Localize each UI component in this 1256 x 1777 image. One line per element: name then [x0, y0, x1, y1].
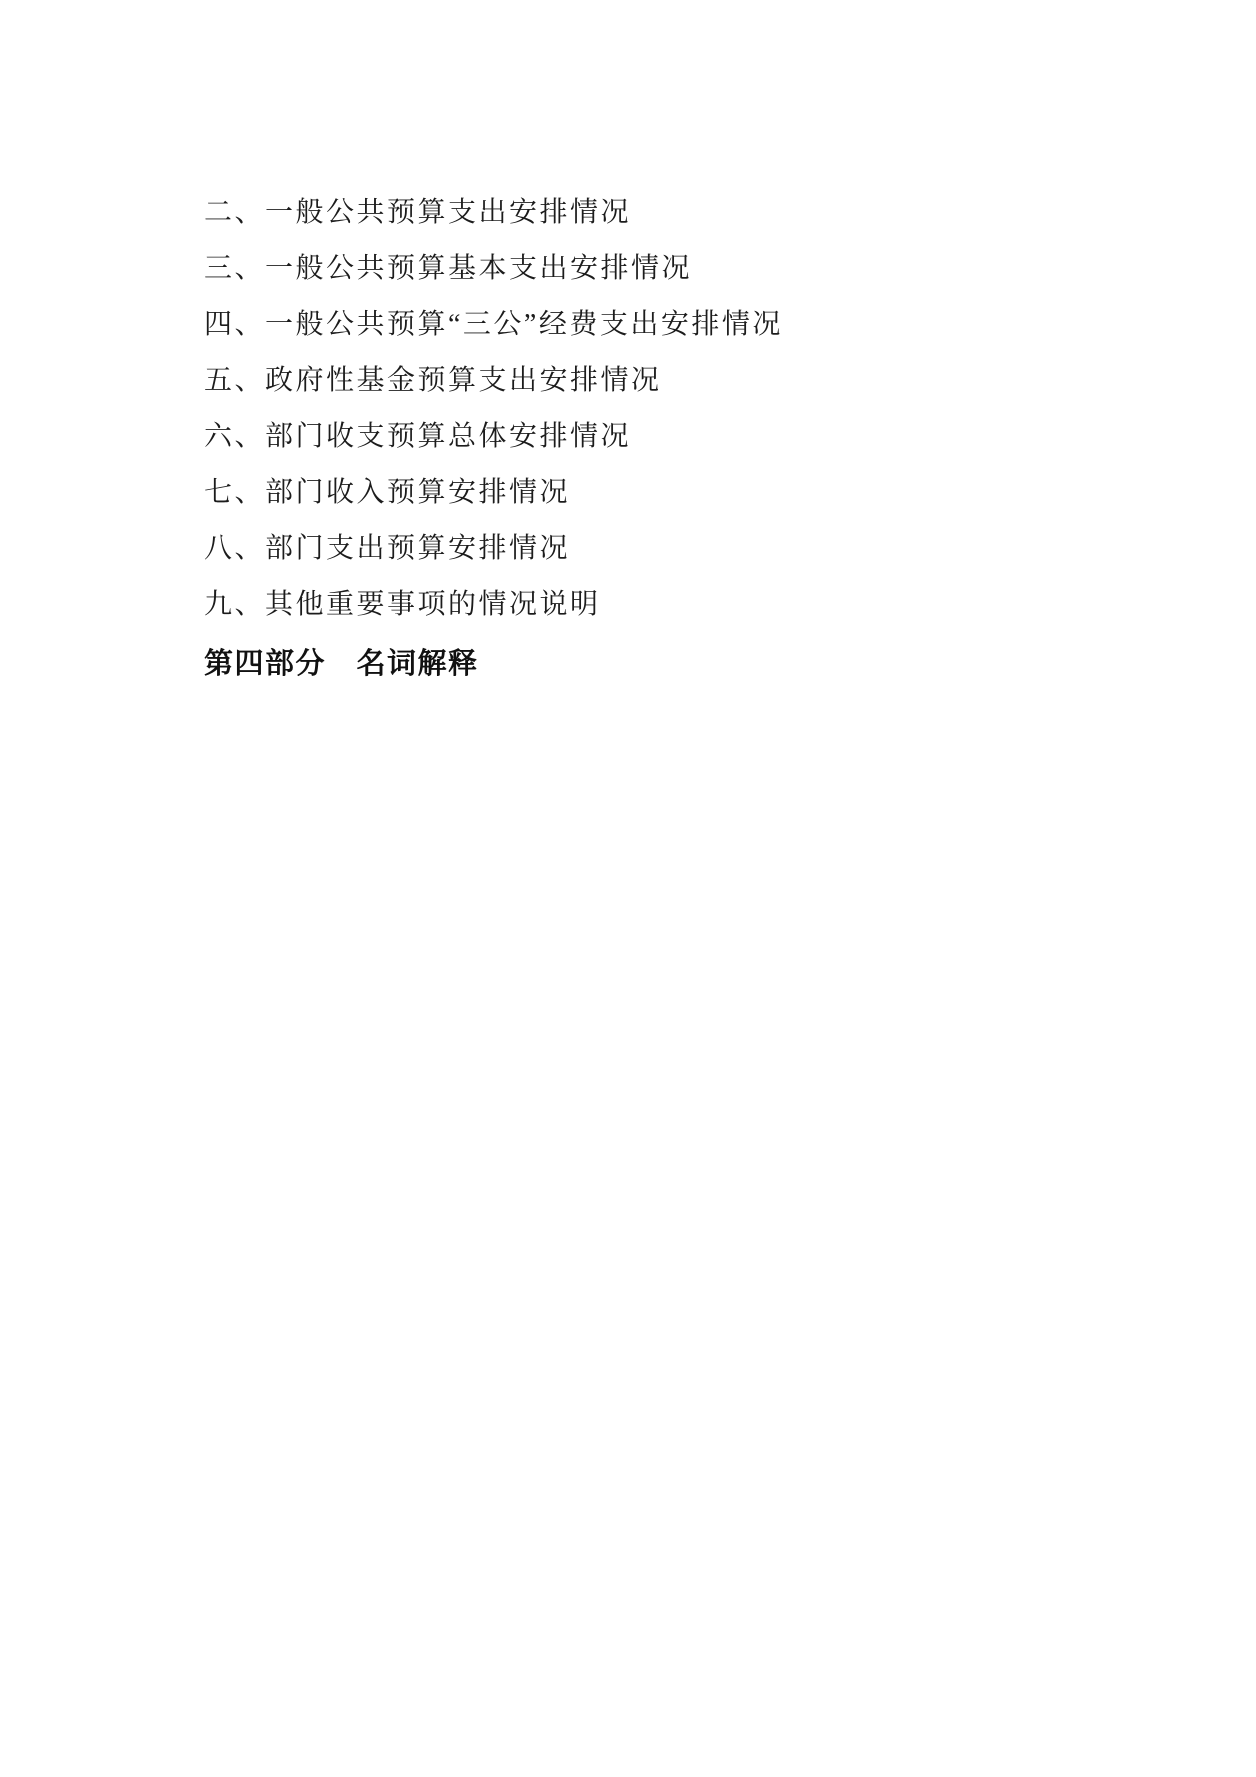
part-four-heading: 第四部分 名词解释 [204, 635, 1104, 693]
toc-item-2: 二、一般公共预算支出安排情况 [204, 185, 1104, 241]
toc-item-5: 五、政府性基金预算支出安排情况 [204, 353, 1104, 409]
toc-item-6: 六、部门收支预算总体安排情况 [204, 409, 1104, 465]
toc-item-3: 三、一般公共预算基本支出安排情况 [204, 241, 1104, 297]
toc-item-7: 七、部门收入预算安排情况 [204, 465, 1104, 521]
toc-item-4: 四、一般公共预算“三公”经费支出安排情况 [204, 297, 1104, 353]
table-of-contents: 二、一般公共预算支出安排情况 三、一般公共预算基本支出安排情况 四、一般公共预算… [204, 185, 1104, 693]
toc-item-9: 九、其他重要事项的情况说明 [204, 577, 1104, 633]
toc-item-8: 八、部门支出预算安排情况 [204, 521, 1104, 577]
document-page: 二、一般公共预算支出安排情况 三、一般公共预算基本支出安排情况 四、一般公共预算… [0, 0, 1256, 1777]
